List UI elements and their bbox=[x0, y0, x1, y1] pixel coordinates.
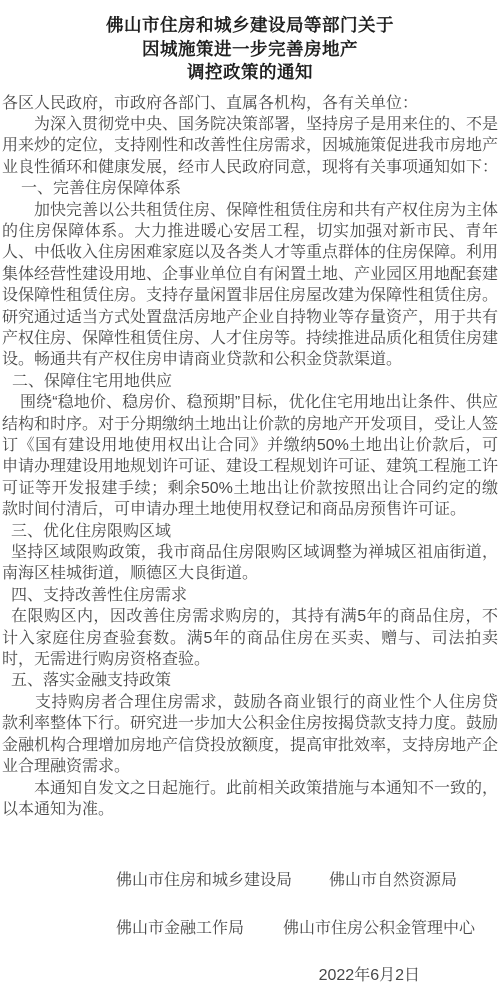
paragraph: 为深入贯彻党中央、国务院决策部署，坚持房子是用来住的、不是用来炒的定位，支持刚性… bbox=[2, 114, 498, 178]
section-heading: 五、落实金融支持政策 bbox=[2, 670, 498, 691]
signature-agency: 佛山市金融工作局 bbox=[116, 918, 244, 939]
paragraph: 在限购区内，因改善住房需求购房的，其持有满5年的商品住房，不计入家庭住房查验套数… bbox=[2, 606, 498, 670]
section-heading: 一、完善住房保障体系 bbox=[2, 178, 498, 199]
notice-document: 佛山市住房和城乡建设局等部门关于因城施策进一步完善房地产调控政策的通知 各区人民… bbox=[0, 0, 500, 1002]
paragraph: 本通知自发文之日起施行。此前相关政策措施与本通知不一致的，以本通知为准。 bbox=[2, 778, 498, 821]
section-heading: 四、支持改善性住房需求 bbox=[2, 585, 498, 606]
paragraph: 支持购房者合理住房需求，鼓励各商业银行的商业性个人住房贷款利率整体下行。研究进一… bbox=[2, 692, 498, 778]
signature-agency: 佛山市自然资源局 bbox=[329, 870, 457, 891]
paragraph: 围绕“稳地价、稳房价、稳预期”目标，优化住宅用地出让条件、供应结构和时序。对于分… bbox=[2, 392, 498, 520]
title-line-1: 佛山市住房和城乡建设局等部门关于 bbox=[2, 14, 498, 38]
signature-agency: 佛山市住房公积金管理中心 bbox=[283, 918, 475, 939]
paragraph: 加快完善以公共租赁住房、保障性租赁住房和共有产权住房为主体的住房保障体系。大力推… bbox=[2, 200, 498, 371]
paragraph: 坚持区域限购政策，我市商品住房限购区域调整为禅城区祖庙街道，南海区桂城街道，顺德… bbox=[2, 542, 498, 585]
section-heading: 二、保障住宅用地供应 bbox=[2, 371, 498, 392]
signature-row-2: 佛山市金融工作局佛山市住房公积金管理中心 bbox=[2, 918, 498, 939]
title-line-2: 因城施策进一步完善房地产 bbox=[2, 38, 498, 62]
section-heading: 三、优化住房限购区域 bbox=[2, 521, 498, 542]
date-line: 2022年6月2日 bbox=[2, 965, 498, 986]
title-line-3: 调控政策的通知 bbox=[2, 61, 498, 85]
salutation: 各区人民政府，市政府各部门、直属各机构，各有关单位： bbox=[2, 93, 498, 114]
signature-block: 佛山市住房和城乡建设局佛山市自然资源局佛山市金融工作局佛山市住房公积金管理中心 bbox=[2, 870, 498, 939]
document-title: 佛山市住房和城乡建设局等部门关于因城施策进一步完善房地产调控政策的通知 bbox=[2, 14, 498, 85]
document-body: 各区人民政府，市政府各部门、直属各机构，各有关单位： 为深入贯彻党中央、国务院决… bbox=[2, 93, 498, 821]
signature-agency: 佛山市住房和城乡建设局 bbox=[116, 870, 292, 891]
signature-row-1: 佛山市住房和城乡建设局佛山市自然资源局 bbox=[2, 870, 498, 891]
